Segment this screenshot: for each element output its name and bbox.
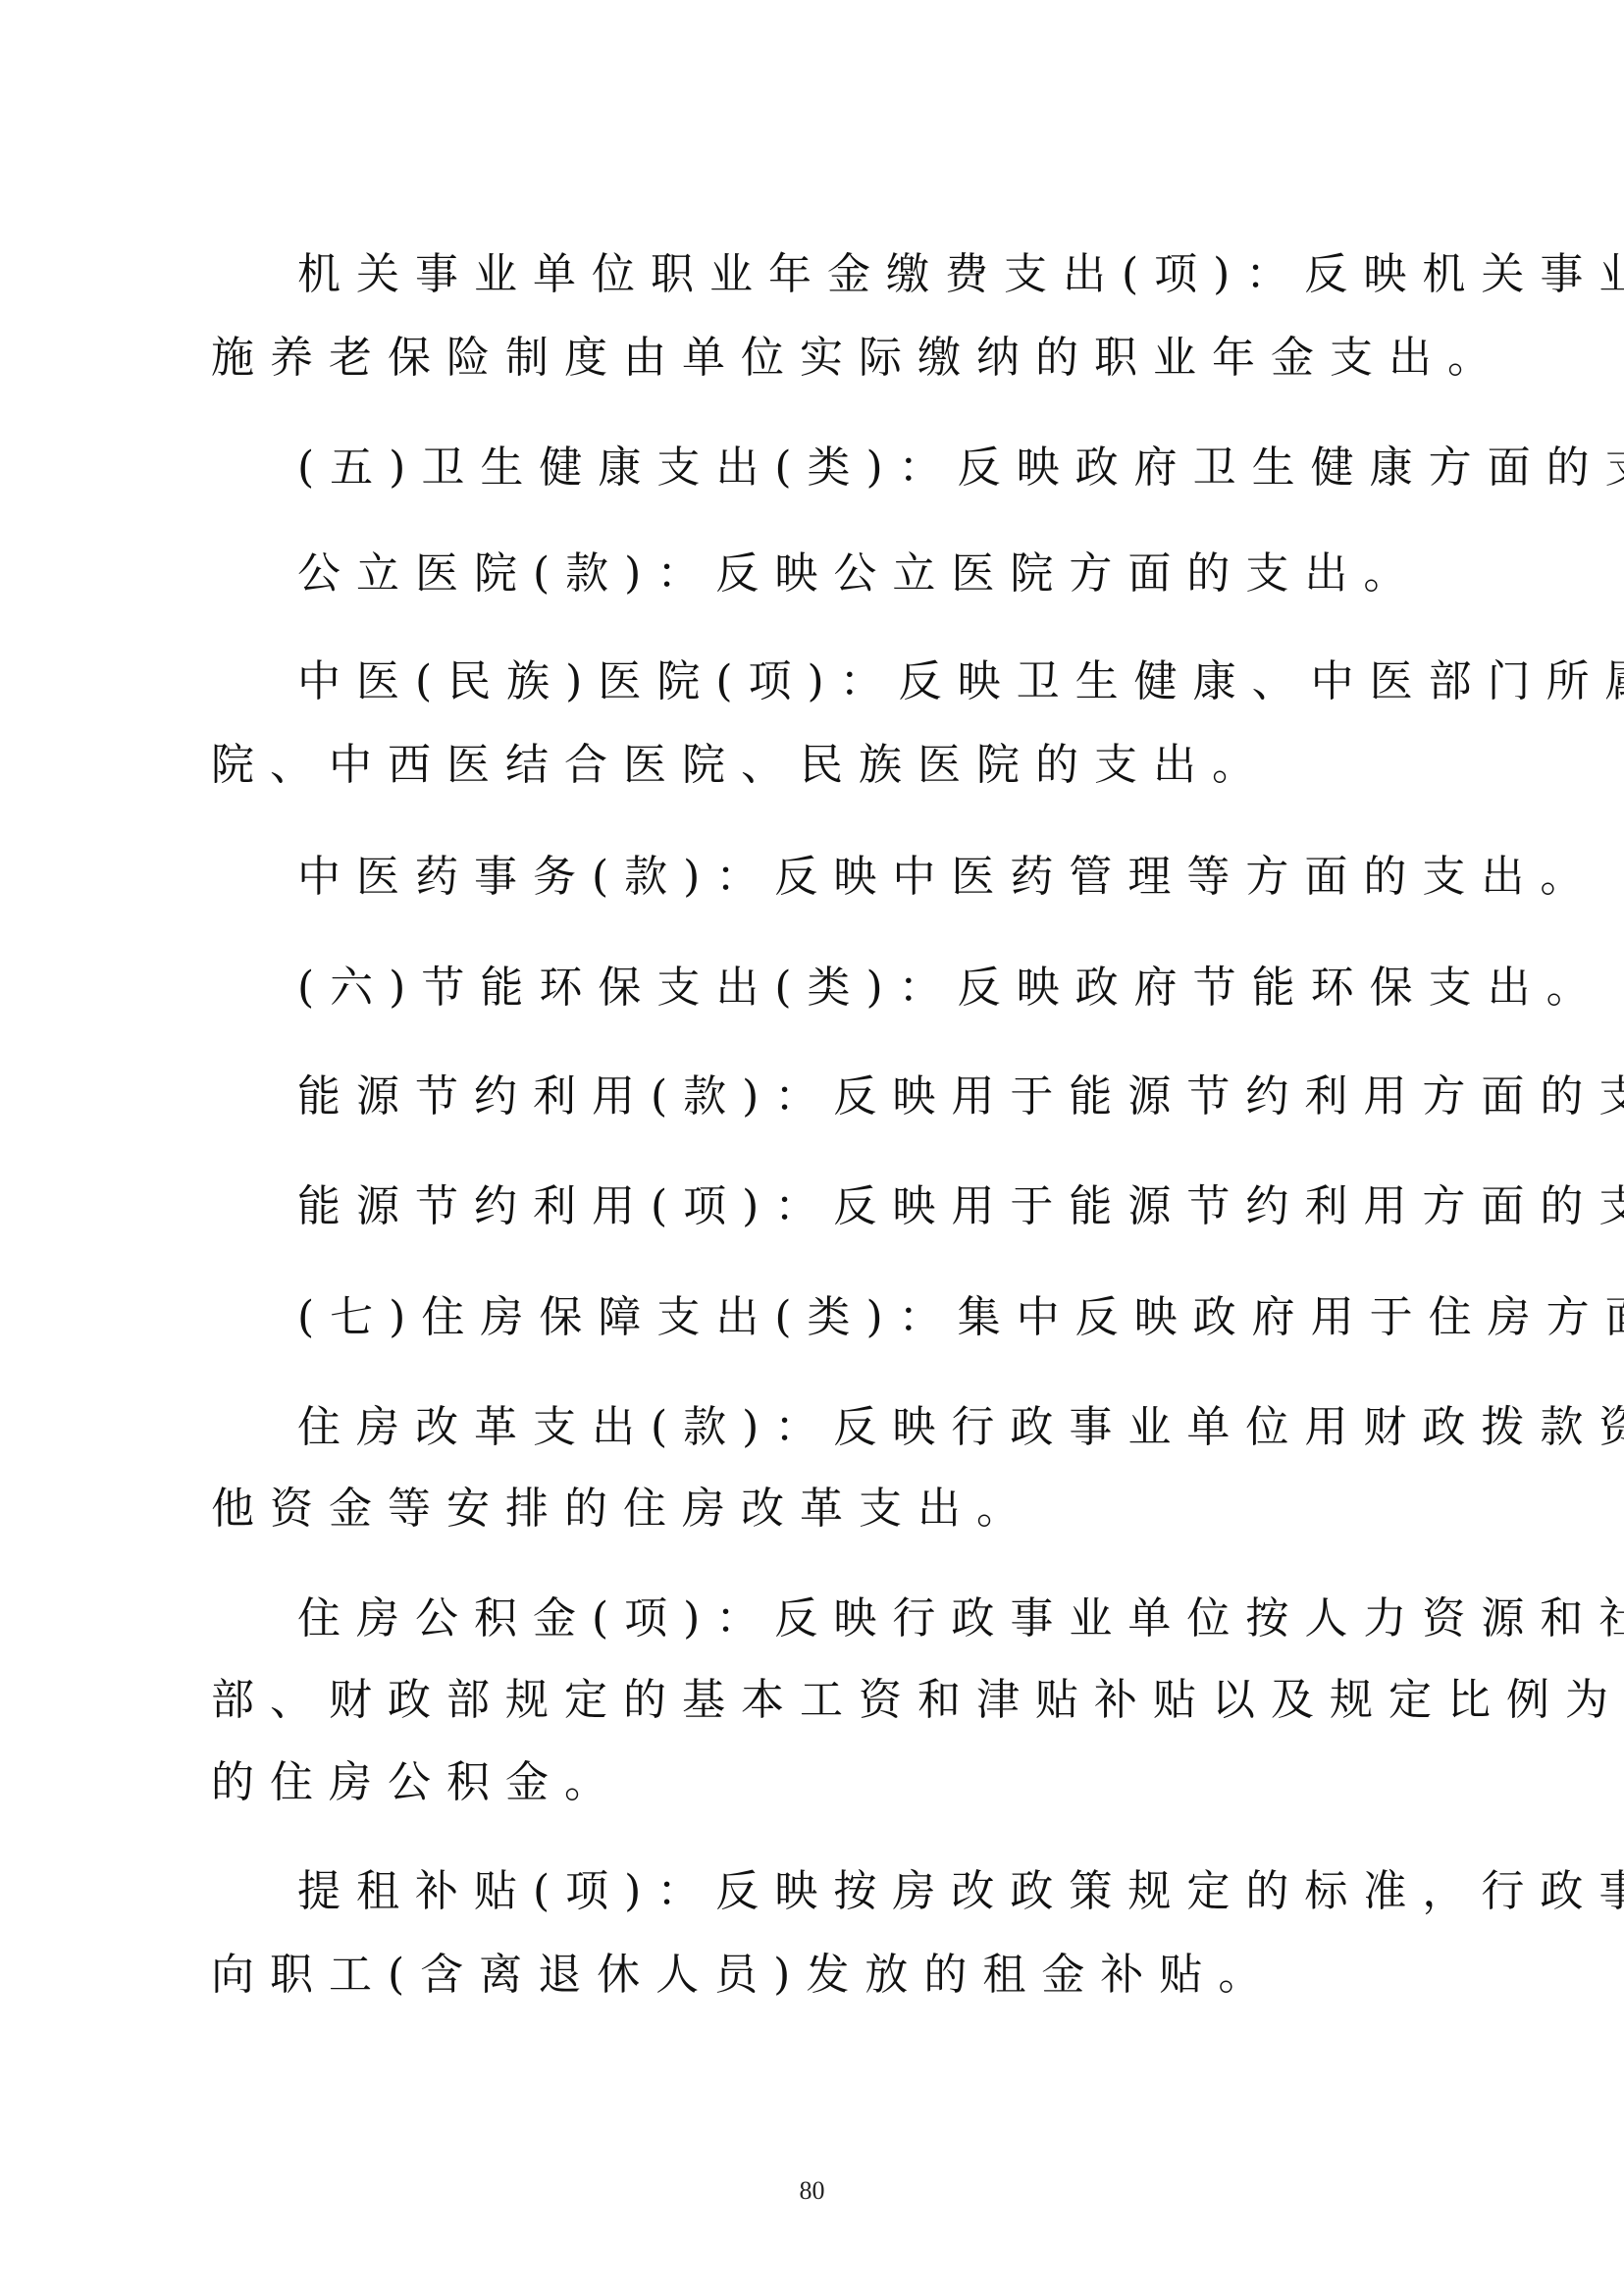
- paragraph-housing-fund-line-1: 住房公积金(项)：反映行政事业单位按人力资源和社会保障: [297, 1594, 1624, 1643]
- paragraph-rent-subsidy-line-2: 向职工(含离退休人员)发放的租金补贴。: [211, 1951, 1277, 2000]
- paragraph-rent-subsidy-line-1: 提租补贴(项)：反映按房改政策规定的标准，行政事业单位: [297, 1867, 1624, 1916]
- paragraph-energy-saving-kuan: 能源节约利用(款)：反映用于能源节约利用方面的支出。: [297, 1072, 1624, 1121]
- paragraph-housing-fund-line-2: 部、财政部规定的基本工资和津贴补贴以及规定比例为职工缴纳: [211, 1676, 1624, 1725]
- paragraph-housing-fund-line-3: 的住房公积金。: [211, 1758, 623, 1807]
- paragraph-energy-env-category: (六)节能环保支出(类)：反映政府节能环保支出。: [297, 964, 1605, 1013]
- document-page: 机关事业单位职业年金缴费支出(项)：反映机关事业单位实 施养老保险制度由单位实际…: [0, 0, 1624, 2295]
- paragraph-tcm-hospital-line-1: 中医(民族)医院(项)：反映卫生健康、中医部门所属的中医: [297, 657, 1624, 706]
- page-number: 80: [0, 2176, 1624, 2206]
- paragraph-tcm-hospital-line-2: 院、中西医结合医院、民族医院的支出。: [211, 741, 1271, 790]
- paragraph-occupational-annuity-line-1: 机关事业单位职业年金缴费支出(项)：反映机关事业单位实: [297, 250, 1624, 299]
- paragraph-health-category: (五)卫生健康支出(类)：反映政府卫生健康方面的支出。: [297, 443, 1624, 493]
- paragraph-housing-reform-line-1: 住房改革支出(款)：反映行政事业单位用财政拨款资金和其: [297, 1403, 1624, 1452]
- paragraph-housing-category: (七)住房保障支出(类)：集中反映政府用于住房方面的支出。: [297, 1293, 1624, 1342]
- paragraph-occupational-annuity-line-2: 施养老保险制度由单位实际缴纳的职业年金支出。: [211, 334, 1506, 383]
- paragraph-energy-saving-xiang: 能源节约利用(项)：反映用于能源节约利用方面的支出。: [297, 1182, 1624, 1231]
- paragraph-tcm-affairs: 中医药事务(款)：反映中医药管理等方面的支出。: [297, 853, 1598, 902]
- paragraph-public-hospital: 公立医院(款)：反映公立医院方面的支出。: [297, 549, 1422, 599]
- paragraph-housing-reform-line-2: 他资金等安排的住房改革支出。: [211, 1485, 1035, 1534]
